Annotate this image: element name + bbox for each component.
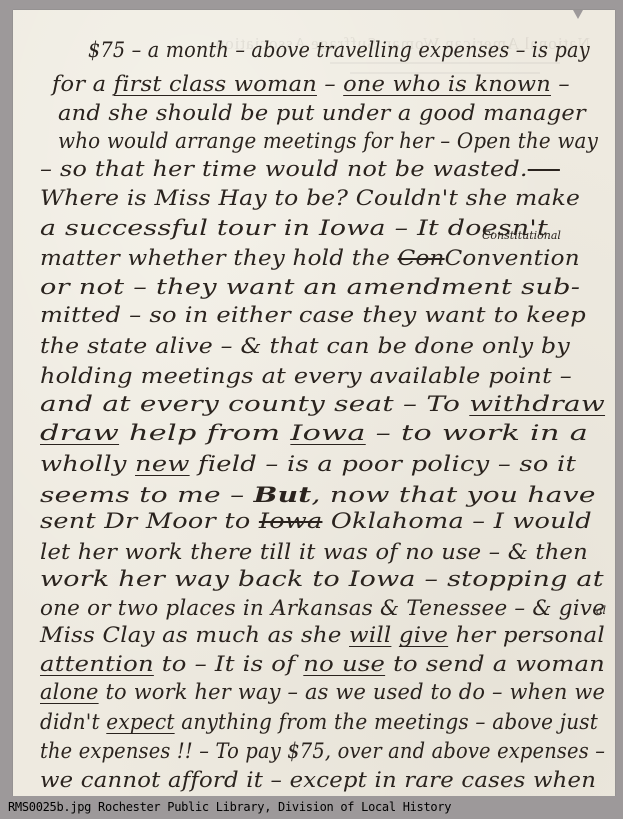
- handwritten-line: seems to me – But, now that you have: [40, 482, 596, 507]
- handwritten-line: the expenses !! – To pay $75, over and a…: [40, 739, 605, 763]
- line-segment: let her work there till it was of no use…: [40, 540, 588, 564]
- handwritten-line: didn't expect anything from the meetings…: [40, 710, 598, 734]
- line-segment: – to work in a: [366, 421, 588, 445]
- line-segment: Convention: [445, 246, 580, 270]
- line-segment: help from: [119, 421, 290, 445]
- handwritten-line: Where is Miss Hay to be? Couldn't she ma…: [40, 186, 580, 210]
- handwritten-line: mitted – so in either case they want to …: [40, 303, 586, 327]
- line-segment: one or two places in Arkansas & Tenessee…: [40, 596, 605, 620]
- line-segment: anything from the meetings – above just: [175, 710, 598, 734]
- line-segment: sent Dr Moor to: [40, 509, 259, 533]
- line-segment: withdraw: [469, 392, 605, 416]
- line-segment: and she should be put under a good manag…: [58, 101, 586, 125]
- line-segment: or not – they want an amendment sub-: [40, 275, 580, 299]
- handwritten-line: and she should be put under a good manag…: [58, 101, 586, 125]
- handwritten-line: – so that her time would not be wasted. …: [40, 157, 560, 181]
- handwritten-line: and at every county seat – To withdraw: [40, 392, 605, 416]
- handwritten-line: draw help from Iowa – to work in a: [40, 421, 588, 445]
- handwritten-line: attention to – It is of no use to send a…: [40, 652, 605, 676]
- handwritten-line: for a first class woman – one who is kno…: [52, 72, 570, 96]
- line-segment: first class woman: [114, 72, 317, 96]
- line-segment: and at every county seat – To: [40, 392, 469, 416]
- handwritten-line: alone to work her way – as we used to do…: [40, 680, 605, 704]
- handwritten-line: or not – they want an amendment sub-: [40, 275, 580, 299]
- line-segment: ––: [528, 157, 560, 181]
- line-segment: draw: [40, 421, 119, 445]
- line-segment: the expenses !! – To pay $75, over and a…: [40, 739, 605, 763]
- line-segment: –: [317, 72, 343, 96]
- line-segment: didn't: [40, 710, 106, 734]
- line-segment: But: [254, 482, 312, 507]
- insert-constitutional: Constitutional: [482, 229, 561, 242]
- letterhead-rule: [330, 62, 560, 64]
- line-segment: wholly: [40, 452, 135, 476]
- handwritten-line: Miss Clay as much as she will give her p…: [40, 623, 605, 647]
- line-segment: Where is Miss Hay to be? Couldn't she ma…: [40, 186, 580, 210]
- line-segment: – so that her time would not be wasted.: [40, 157, 528, 181]
- handwritten-line: holding meetings at every available poin…: [40, 364, 572, 388]
- line-segment: work her way back to Iowa – stopping at: [40, 567, 604, 591]
- insert-al: al: [596, 604, 606, 617]
- line-segment: $75 – a month – above travelling expense…: [88, 38, 590, 62]
- line-segment: to work her way – as we used to do – whe…: [99, 680, 605, 704]
- handwritten-line: we cannot afford it – except in rare cas…: [40, 768, 596, 792]
- handwritten-line: one or two places in Arkansas & Tenessee…: [40, 596, 605, 620]
- line-segment: Iowa: [259, 509, 323, 533]
- line-segment: , now that you have: [312, 483, 596, 507]
- handwritten-line: sent Dr Moor to Iowa Oklahoma – I would: [40, 509, 592, 533]
- line-segment: seems to me –: [40, 483, 254, 507]
- handwritten-line: the state alive – & that can be done onl…: [40, 334, 570, 358]
- line-segment: –: [551, 72, 570, 96]
- line-segment: no use: [303, 652, 385, 676]
- line-segment: expect: [106, 710, 174, 734]
- handwritten-line: wholly new field – is a poor policy – so…: [40, 452, 576, 476]
- line-segment: [391, 623, 398, 647]
- line-segment: Con: [398, 246, 445, 270]
- handwritten-line: $75 – a month – above travelling expense…: [88, 38, 590, 62]
- line-segment: her personal: [448, 623, 605, 647]
- line-segment: the state alive – & that can be done onl…: [40, 334, 570, 358]
- line-segment: alone: [40, 680, 99, 704]
- handwritten-line: matter whether they hold the ConConventi…: [40, 246, 580, 270]
- line-segment: we cannot afford it – except in rare cas…: [40, 768, 596, 792]
- line-segment: Oklahoma – I would: [322, 509, 591, 533]
- line-segment: a successful tour in Iowa – It doesn't: [40, 216, 548, 240]
- line-segment: holding meetings at every available poin…: [40, 364, 572, 388]
- line-segment: field – is a poor policy – so it: [190, 452, 577, 476]
- line-segment: to – It is of: [154, 652, 303, 676]
- line-segment: will: [349, 623, 391, 647]
- paper-notch: [573, 10, 583, 19]
- line-segment: one who is known: [343, 72, 551, 96]
- line-segment: Miss Clay as much as she: [40, 623, 349, 647]
- line-segment: Iowa: [290, 421, 365, 445]
- line-segment: give: [399, 623, 448, 647]
- handwritten-line: a successful tour in Iowa – It doesn't: [40, 216, 548, 240]
- line-segment: mitted – so in either case they want to …: [40, 303, 586, 327]
- image-caption: RMS0025b.jpg Rochester Public Library, D…: [8, 800, 451, 814]
- line-segment: to send a woman: [385, 652, 605, 676]
- handwritten-line: work her way back to Iowa – stopping at: [40, 567, 604, 591]
- line-segment: attention: [40, 652, 154, 676]
- handwritten-line: who would arrange meetings for her – Ope…: [58, 129, 598, 153]
- line-segment: new: [135, 452, 190, 476]
- line-segment: for a: [52, 72, 114, 96]
- handwritten-line: let her work there till it was of no use…: [40, 540, 588, 564]
- line-segment: who would arrange meetings for her – Ope…: [58, 129, 598, 153]
- line-segment: matter whether they hold the: [40, 246, 398, 270]
